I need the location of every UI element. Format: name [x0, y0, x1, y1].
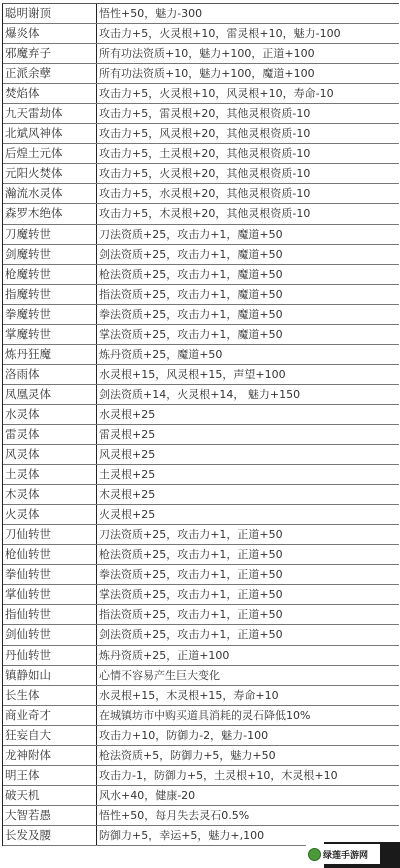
trait-name-cell: 长发及腰: [3, 826, 97, 845]
trait-name-cell: 狂妄自大: [3, 726, 97, 745]
trait-name-cell: 指仙转世: [3, 605, 97, 624]
table-row: 爆炎体攻击力+5，火灵根+10，雷灵根+10，魅力-100: [3, 24, 399, 44]
trait-effect-cell: 剑法资质+14，火灵根+14， 魅力+150: [97, 385, 399, 404]
trait-effect-cell: 刀法资质+25，攻击力+1，魔道+50: [97, 225, 399, 244]
trait-name-cell: 枪魔转世: [3, 265, 97, 284]
table-row: 枪魔转世枪法资质+25，攻击力+1，魔道+50: [3, 265, 399, 285]
trait-name-cell: 火灵体: [3, 505, 97, 524]
trait-effect-cell: 攻击力+5，水灵根+20，其他灵根资质-10: [97, 184, 399, 203]
table-row: 刀仙转世刀法资质+25，攻击力+1，正道+50: [3, 525, 399, 545]
watermark: 绿莲手游网: [324, 842, 400, 868]
table-row: 指仙转世指法资质+25，攻击力+1，正道+50: [3, 605, 399, 625]
table-row: 后煌土元体攻击力+5，土灵根+20，其他灵根资质-10: [3, 144, 399, 164]
trait-effect-cell: 攻击力+5，火灵根+10，雷灵根+10，魅力-100: [97, 24, 399, 43]
trait-name-cell: 水灵体: [3, 405, 97, 424]
trait-effect-cell: 枪法资质+25，攻击力+1，正道+50: [97, 545, 399, 564]
table-row: 拳仙转世拳法资质+25，攻击力+1，正道+50: [3, 565, 399, 585]
watermark-text: 绿莲手游网: [323, 848, 368, 861]
table-row: 龙神附体枪法资质+5，防御力+5，魅力+50: [3, 746, 399, 766]
table-row: 木灵体木灵根+25: [3, 485, 399, 505]
leaf-logo-icon: [308, 848, 321, 861]
trait-name-cell: 明王体: [3, 766, 97, 785]
trait-name-cell: 破天机: [3, 786, 97, 805]
trait-name-cell: 雷灵体: [3, 425, 97, 444]
trait-effect-cell: 所有功法资质+10，魅力+100，魔道+100: [97, 64, 399, 83]
trait-effect-cell: 在城镇坊市中购买道具消耗的灵石降低10%: [97, 706, 399, 725]
table-row: 明王体攻击力-1，防御力+5，土灵根+10，木灵根+10: [3, 766, 399, 786]
trait-effect-cell: 指法资质+25，攻击力+1，魔道+50: [97, 285, 399, 304]
trait-name-cell: 剑仙转世: [3, 625, 97, 644]
table-row: 剑魔转世剑法资质+25，攻击力+1，魔道+50: [3, 245, 399, 265]
trait-name-cell: 土灵体: [3, 465, 97, 484]
trait-effect-cell: 炼丹资质+25，魔道+50: [97, 345, 399, 364]
trait-name-cell: 掌魔转世: [3, 325, 97, 344]
trait-effect-cell: 攻击力-1，防御力+5，土灵根+10，木灵根+10: [97, 766, 399, 785]
trait-name-cell: 龙神附体: [3, 746, 97, 765]
trait-effect-cell: 攻击力+10，防御力-2，魅力-100: [97, 726, 399, 745]
table-row: 丹仙转世炼丹资质+25，正道+100: [3, 646, 399, 666]
watermark-badge: 绿莲手游网: [306, 844, 380, 864]
table-row: 刀魔转世刀法资质+25，攻击力+1，魔道+50: [3, 225, 399, 245]
table-row: 凤凰灵体剑法资质+14，火灵根+14， 魅力+150: [3, 385, 399, 405]
trait-effect-cell: 心情不容易产生巨大变化: [97, 666, 399, 685]
table-row: 狂妄自大攻击力+10，防御力-2，魅力-100: [3, 726, 399, 746]
trait-name-cell: 枪仙转世: [3, 545, 97, 564]
table-row: 邪魔弃子所有功法资质+10，魅力+100，正道+100: [3, 44, 399, 64]
trait-effect-cell: 风水+40，健康-20: [97, 786, 399, 805]
trait-name-cell: 掌仙转世: [3, 585, 97, 604]
trait-effect-cell: 攻击力+5，雷灵根+20，其他灵根资质-10: [97, 104, 399, 123]
trait-name-cell: 炼丹狂魔: [3, 345, 97, 364]
table-row: 正派余孽所有功法资质+10，魅力+100，魔道+100: [3, 64, 399, 84]
trait-name-cell: 刀魔转世: [3, 225, 97, 244]
table-row: 聪明谢顶悟性+50，魅力-300: [3, 4, 399, 24]
table-row: 拳魔转世拳法资质+25，攻击力+1，魔道+50: [3, 305, 399, 325]
trait-name-cell: 九天雷劫体: [3, 104, 97, 123]
trait-effect-cell: 拳法资质+25，攻击力+1，魔道+50: [97, 305, 399, 324]
trait-effect-cell: 所有功法资质+10，魅力+100，正道+100: [97, 44, 399, 63]
trait-effect-cell: 攻击力+5，木灵根+20，其他灵根资质-10: [97, 204, 399, 223]
trait-effect-cell: 风灵根+25: [97, 445, 399, 464]
trait-name-cell: 指魔转世: [3, 285, 97, 304]
trait-name-cell: 拳魔转世: [3, 305, 97, 324]
trait-effect-cell: 剑法资质+25，攻击力+1，魔道+50: [97, 245, 399, 264]
table-row: 焚焰体攻击力+5，火灵根+10，风灵根+10，寿命-10: [3, 84, 399, 104]
trait-name-cell: 大智若愚: [3, 806, 97, 825]
table-row: 森罗木绝体攻击力+5，木灵根+20，其他灵根资质-10: [3, 204, 399, 224]
table-row: 土灵体土灵根+25: [3, 465, 399, 485]
table-row: 指魔转世指法资质+25，攻击力+1，魔道+50: [3, 285, 399, 305]
trait-effect-cell: 枪法资质+5，防御力+5，魅力+50: [97, 746, 399, 765]
trait-effect-cell: 炼丹资质+25，正道+100: [97, 646, 399, 665]
trait-effect-cell: 水灵根+15，风灵根+15，声望+100: [97, 365, 399, 384]
table-row: 雷灵体雷灵根+25: [3, 425, 399, 445]
trait-name-cell: 刀仙转世: [3, 525, 97, 544]
trait-effect-cell: 攻击力+5，火灵根+10，风灵根+10，寿命-10: [97, 84, 399, 103]
table-row: 瀚流水灵体攻击力+5，水灵根+20，其他灵根资质-10: [3, 184, 399, 204]
trait-effect-cell: 水灵根+15，木灵根+15，寿命+10: [97, 686, 399, 705]
table-row: 火灵体火灵根+25: [3, 505, 399, 525]
trait-name-cell: 风灵体: [3, 445, 97, 464]
trait-effect-cell: 火灵根+25: [97, 505, 399, 524]
trait-name-cell: 瀚流水灵体: [3, 184, 97, 203]
table-row: 元阳火焚体攻击力+5，火灵根+20，其他灵根资质-10: [3, 164, 399, 184]
trait-effect-cell: 攻击力+5，风灵根+20，其他灵根资质-10: [97, 124, 399, 143]
trait-name-cell: 焚焰体: [3, 84, 97, 103]
trait-effect-cell: 指法资质+25，攻击力+1，正道+50: [97, 605, 399, 624]
trait-name-cell: 剑魔转世: [3, 245, 97, 264]
trait-effect-cell: 水灵根+25: [97, 405, 399, 424]
trait-name-cell: 拳仙转世: [3, 565, 97, 584]
trait-name-cell: 元阳火焚体: [3, 164, 97, 183]
trait-name-cell: 商业奇才: [3, 706, 97, 725]
trait-name-cell: 森罗木绝体: [3, 204, 97, 223]
table-row: 水灵体水灵根+25: [3, 405, 399, 425]
table-row: 剑仙转世剑法资质+25，攻击力+1，正道+50: [3, 625, 399, 645]
trait-effect-cell: 悟性+50，每月失去灵石0.5%: [97, 806, 399, 825]
table-row: 炼丹狂魔炼丹资质+25，魔道+50: [3, 345, 399, 365]
table-row: 镇静如山心情不容易产生巨大变化: [3, 666, 399, 686]
table-row: 商业奇才在城镇坊市中购买道具消耗的灵石降低10%: [3, 706, 399, 726]
table-row: 北斌风神体攻击力+5，风灵根+20，其他灵根资质-10: [3, 124, 399, 144]
trait-effect-cell: 掌法资质+25，攻击力+1，正道+50: [97, 585, 399, 604]
table-row: 掌仙转世掌法资质+25，攻击力+1，正道+50: [3, 585, 399, 605]
table-row: 大智若愚悟性+50，每月失去灵石0.5%: [3, 806, 399, 826]
table-row: 九天雷劫体攻击力+5，雷灵根+20，其他灵根资质-10: [3, 104, 399, 124]
trait-name-cell: 正派余孽: [3, 64, 97, 83]
trait-effect-cell: 木灵根+25: [97, 485, 399, 504]
trait-name-cell: 邪魔弃子: [3, 44, 97, 63]
table-row: 掌魔转世掌法资质+25，攻击力+1，魔道+50: [3, 325, 399, 345]
trait-name-cell: 爆炎体: [3, 24, 97, 43]
trait-effect-cell: 雷灵根+25: [97, 425, 399, 444]
trait-effect-cell: 枪法资质+25，攻击力+1，魔道+50: [97, 265, 399, 284]
trait-effect-cell: 攻击力+5，火灵根+20，其他灵根资质-10: [97, 164, 399, 183]
trait-effect-cell: 剑法资质+25，攻击力+1，正道+50: [97, 625, 399, 644]
table-row: 破天机风水+40，健康-20: [3, 786, 399, 806]
trait-name-cell: 聪明谢顶: [3, 4, 97, 23]
table-row: 长生体水灵根+15，木灵根+15，寿命+10: [3, 686, 399, 706]
trait-effect-cell: 攻击力+5，土灵根+20，其他灵根资质-10: [97, 144, 399, 163]
trait-name-cell: 北斌风神体: [3, 124, 97, 143]
trait-name-cell: 丹仙转世: [3, 646, 97, 665]
table-row: 洛雨体水灵根+15，风灵根+15，声望+100: [3, 365, 399, 385]
trait-effect-cell: 拳法资质+25，攻击力+1，正道+50: [97, 565, 399, 584]
traits-table: 聪明谢顶悟性+50，魅力-300爆炎体攻击力+5，火灵根+10，雷灵根+10，魅…: [2, 3, 399, 846]
trait-name-cell: 木灵体: [3, 485, 97, 504]
trait-name-cell: 后煌土元体: [3, 144, 97, 163]
trait-name-cell: 长生体: [3, 686, 97, 705]
table-row: 枪仙转世枪法资质+25，攻击力+1，正道+50: [3, 545, 399, 565]
trait-effect-cell: 刀法资质+25，攻击力+1，正道+50: [97, 525, 399, 544]
trait-effect-cell: 悟性+50，魅力-300: [97, 4, 399, 23]
trait-effect-cell: 掌法资质+25，攻击力+1，魔道+50: [97, 325, 399, 344]
trait-name-cell: 凤凰灵体: [3, 385, 97, 404]
trait-name-cell: 洛雨体: [3, 365, 97, 384]
trait-effect-cell: 土灵根+25: [97, 465, 399, 484]
table-row: 风灵体风灵根+25: [3, 445, 399, 465]
trait-name-cell: 镇静如山: [3, 666, 97, 685]
